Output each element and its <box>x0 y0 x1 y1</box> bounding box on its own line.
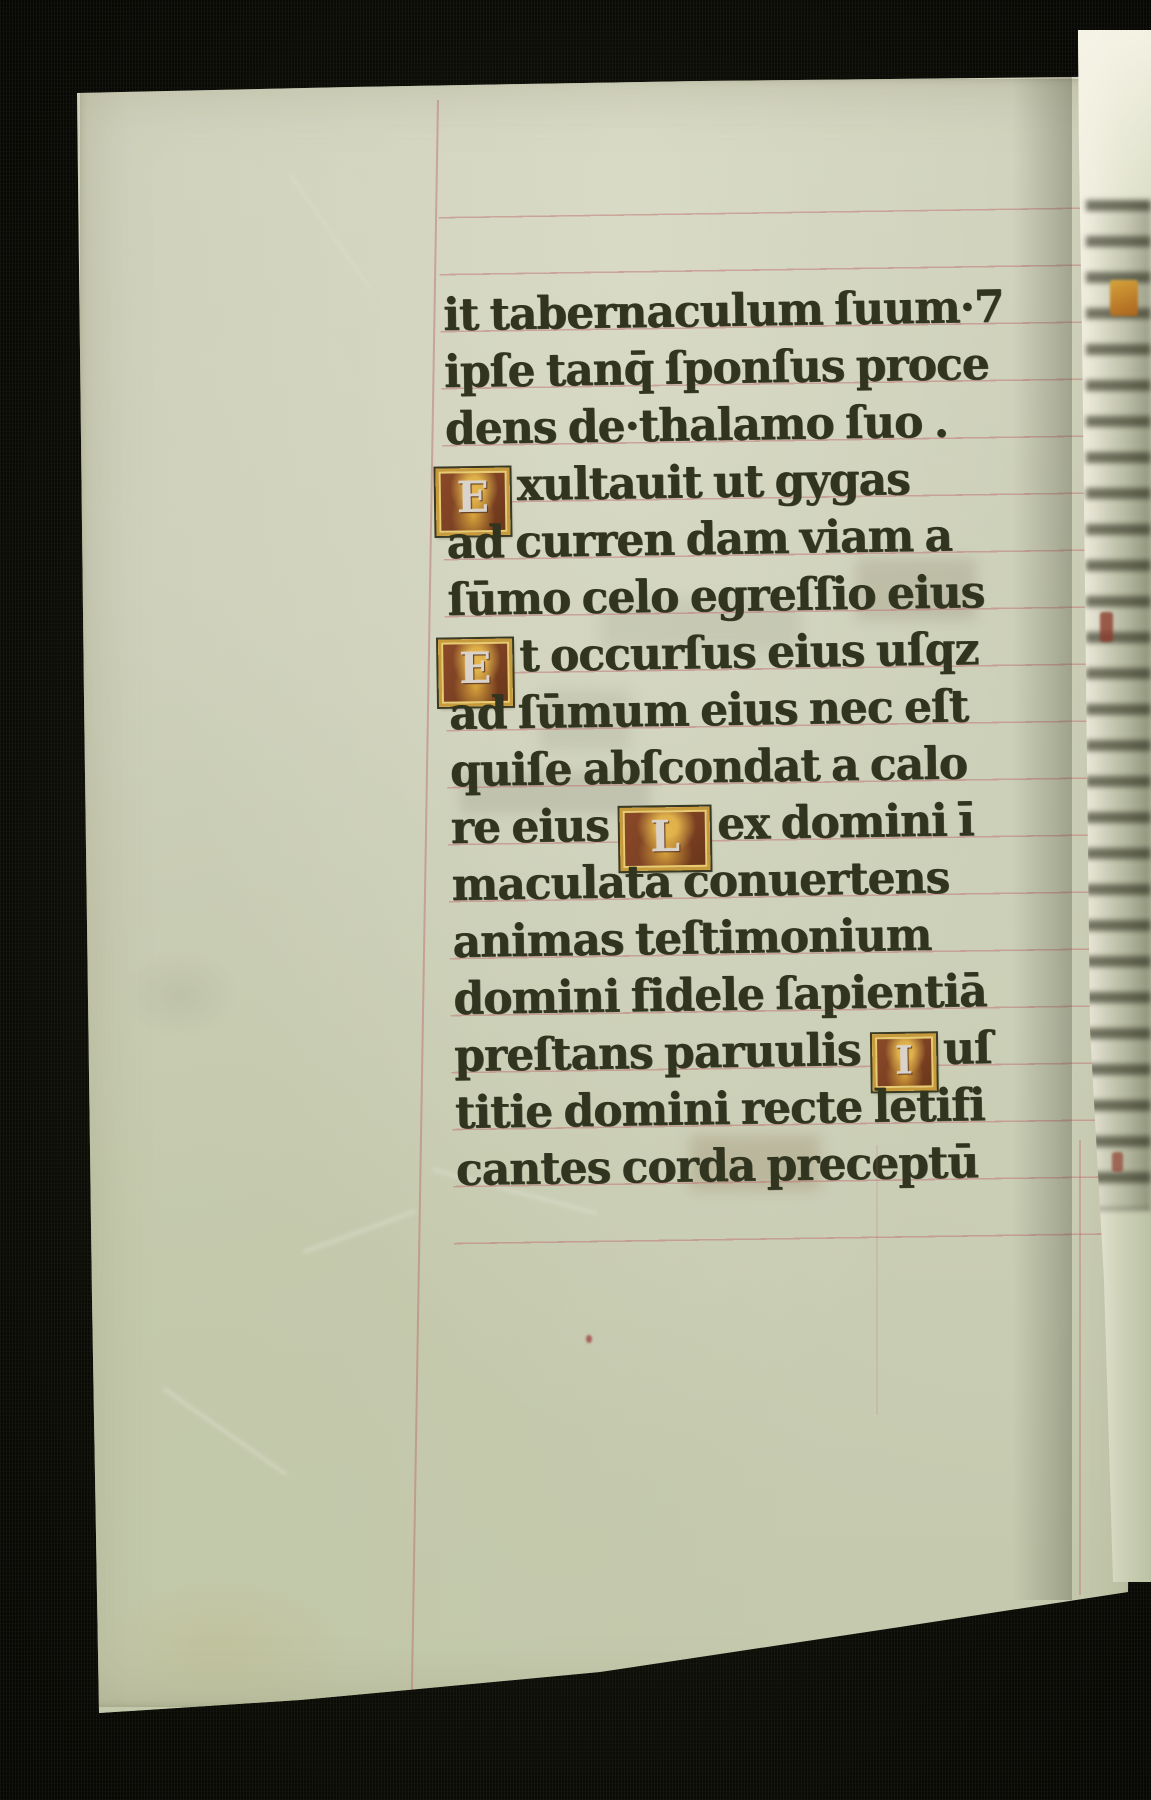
line-text: t occurſus eius uſqz <box>519 623 979 682</box>
line-text: titie domini recte letifi <box>455 1079 986 1139</box>
line-text: ipſe tanq̄ ſponſus proce <box>444 338 989 398</box>
line-text: cantes corda preceptū <box>456 1136 979 1196</box>
facing-page-blurred-text <box>1086 200 1151 1210</box>
line-text: maculata conuertens <box>451 852 949 911</box>
line-text: ad curren dam viam a <box>446 510 952 570</box>
manuscript-page: it tabernaculum ſuum·7 ipſe tanq̄ ſponſu… <box>0 0 1151 1800</box>
line-text: preſtans paruulis <box>454 1024 872 1082</box>
line-text: domini fidele ſapientiā <box>453 965 987 1025</box>
ruling-line-vertical-right <box>1079 1140 1081 1595</box>
line-text: ſūmo celo egreſſio eius <box>447 566 985 626</box>
line-text: it tabernaculum ſuum·7 <box>443 281 1004 341</box>
facing-page-gold-initial <box>1110 280 1138 316</box>
line-text: dens de·thalamo ſuo . <box>445 396 949 455</box>
line-text: xultauit ut gygas <box>516 453 910 511</box>
facing-page-red-mark <box>1112 1152 1123 1172</box>
line-text: uſ <box>943 1022 993 1075</box>
photograph-black-backdrop: it tabernaculum ſuum·7 ipſe tanq̄ ſponſu… <box>0 0 1151 1800</box>
gutter-shadow <box>1012 76 1072 1600</box>
line-text: quiſe abſcondat a calo <box>450 738 968 798</box>
facing-page-red-mark <box>1100 612 1113 642</box>
line-text: ex domini ī <box>717 795 974 851</box>
line-text: re eius <box>450 800 620 855</box>
line-text: animas teſtimonium <box>452 909 932 968</box>
written-area: it tabernaculum ſuum·7 ipſe tanq̄ ſponſu… <box>0 0 1151 1800</box>
ruling-line-vertical-inner <box>876 1145 878 1415</box>
line-text: ad ſūmum eius nec eſt <box>449 681 969 741</box>
